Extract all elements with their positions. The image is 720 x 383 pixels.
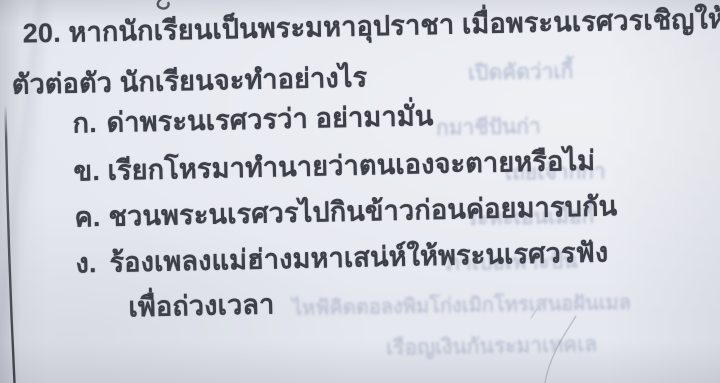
option-letter: ง.: [75, 246, 110, 281]
option-letter: ข.: [73, 154, 108, 189]
question-block: 20. หากนักเรียนเป็นพระมหาอุปราชา เมื่อพร…: [0, 0, 720, 383]
option-letter: ก.: [72, 106, 107, 141]
option-text: ร้องเพลงแม่ฮ่างมหาเสน่ห์ให้พระนเรศวรฟัง: [109, 235, 608, 279]
option-text-continuation: เพื่อถ่วงเวลา: [128, 287, 275, 324]
question-line-1: 20. หากนักเรียนเป็นพระมหาอุปราชา เมื่อพร…: [22, 0, 720, 50]
question-number: 20.: [22, 18, 61, 49]
option-text: ด่าพระนเรศวรว่า อย่ามามั่น: [106, 99, 434, 140]
option-letter: ค.: [74, 200, 109, 235]
option-row-kho: ข. เรียกโหรมาทำนายว่าตนเองจะตายหรือไม่: [73, 144, 595, 189]
option-text: ชวนพระนเรศวรไปกินข้าวก่อนค่อยมารบกัน: [108, 189, 617, 234]
exam-paper-photo: เปิดคัดว่าเกี้ กมาชีปันก่า เถยเจ้ากกา ระ…: [0, 0, 720, 383]
option-row-ko: ก. ด่าพระนเรศวรว่า อย่ามามั่น: [72, 99, 434, 141]
question-line-2: ตัวต่อตัว นักเรียนจะทำอย่างไร: [11, 60, 367, 101]
option-row-ngo: ง. ร้องเพลงแม่ฮ่างมหาเสน่ห์ให้พระนเรศวรฟ…: [75, 235, 608, 280]
option-text: เรียกโหรมาทำนายว่าตนเองจะตายหรือไม่: [107, 144, 595, 188]
option-row-kho-khwai: ค. ชวนพระนเรศวรไปกินข้าวก่อนค่อยมารบกัน: [74, 189, 617, 234]
question-text: หากนักเรียนเป็นพระมหาอุปราชา เมื่อพระนเร…: [68, 2, 720, 47]
